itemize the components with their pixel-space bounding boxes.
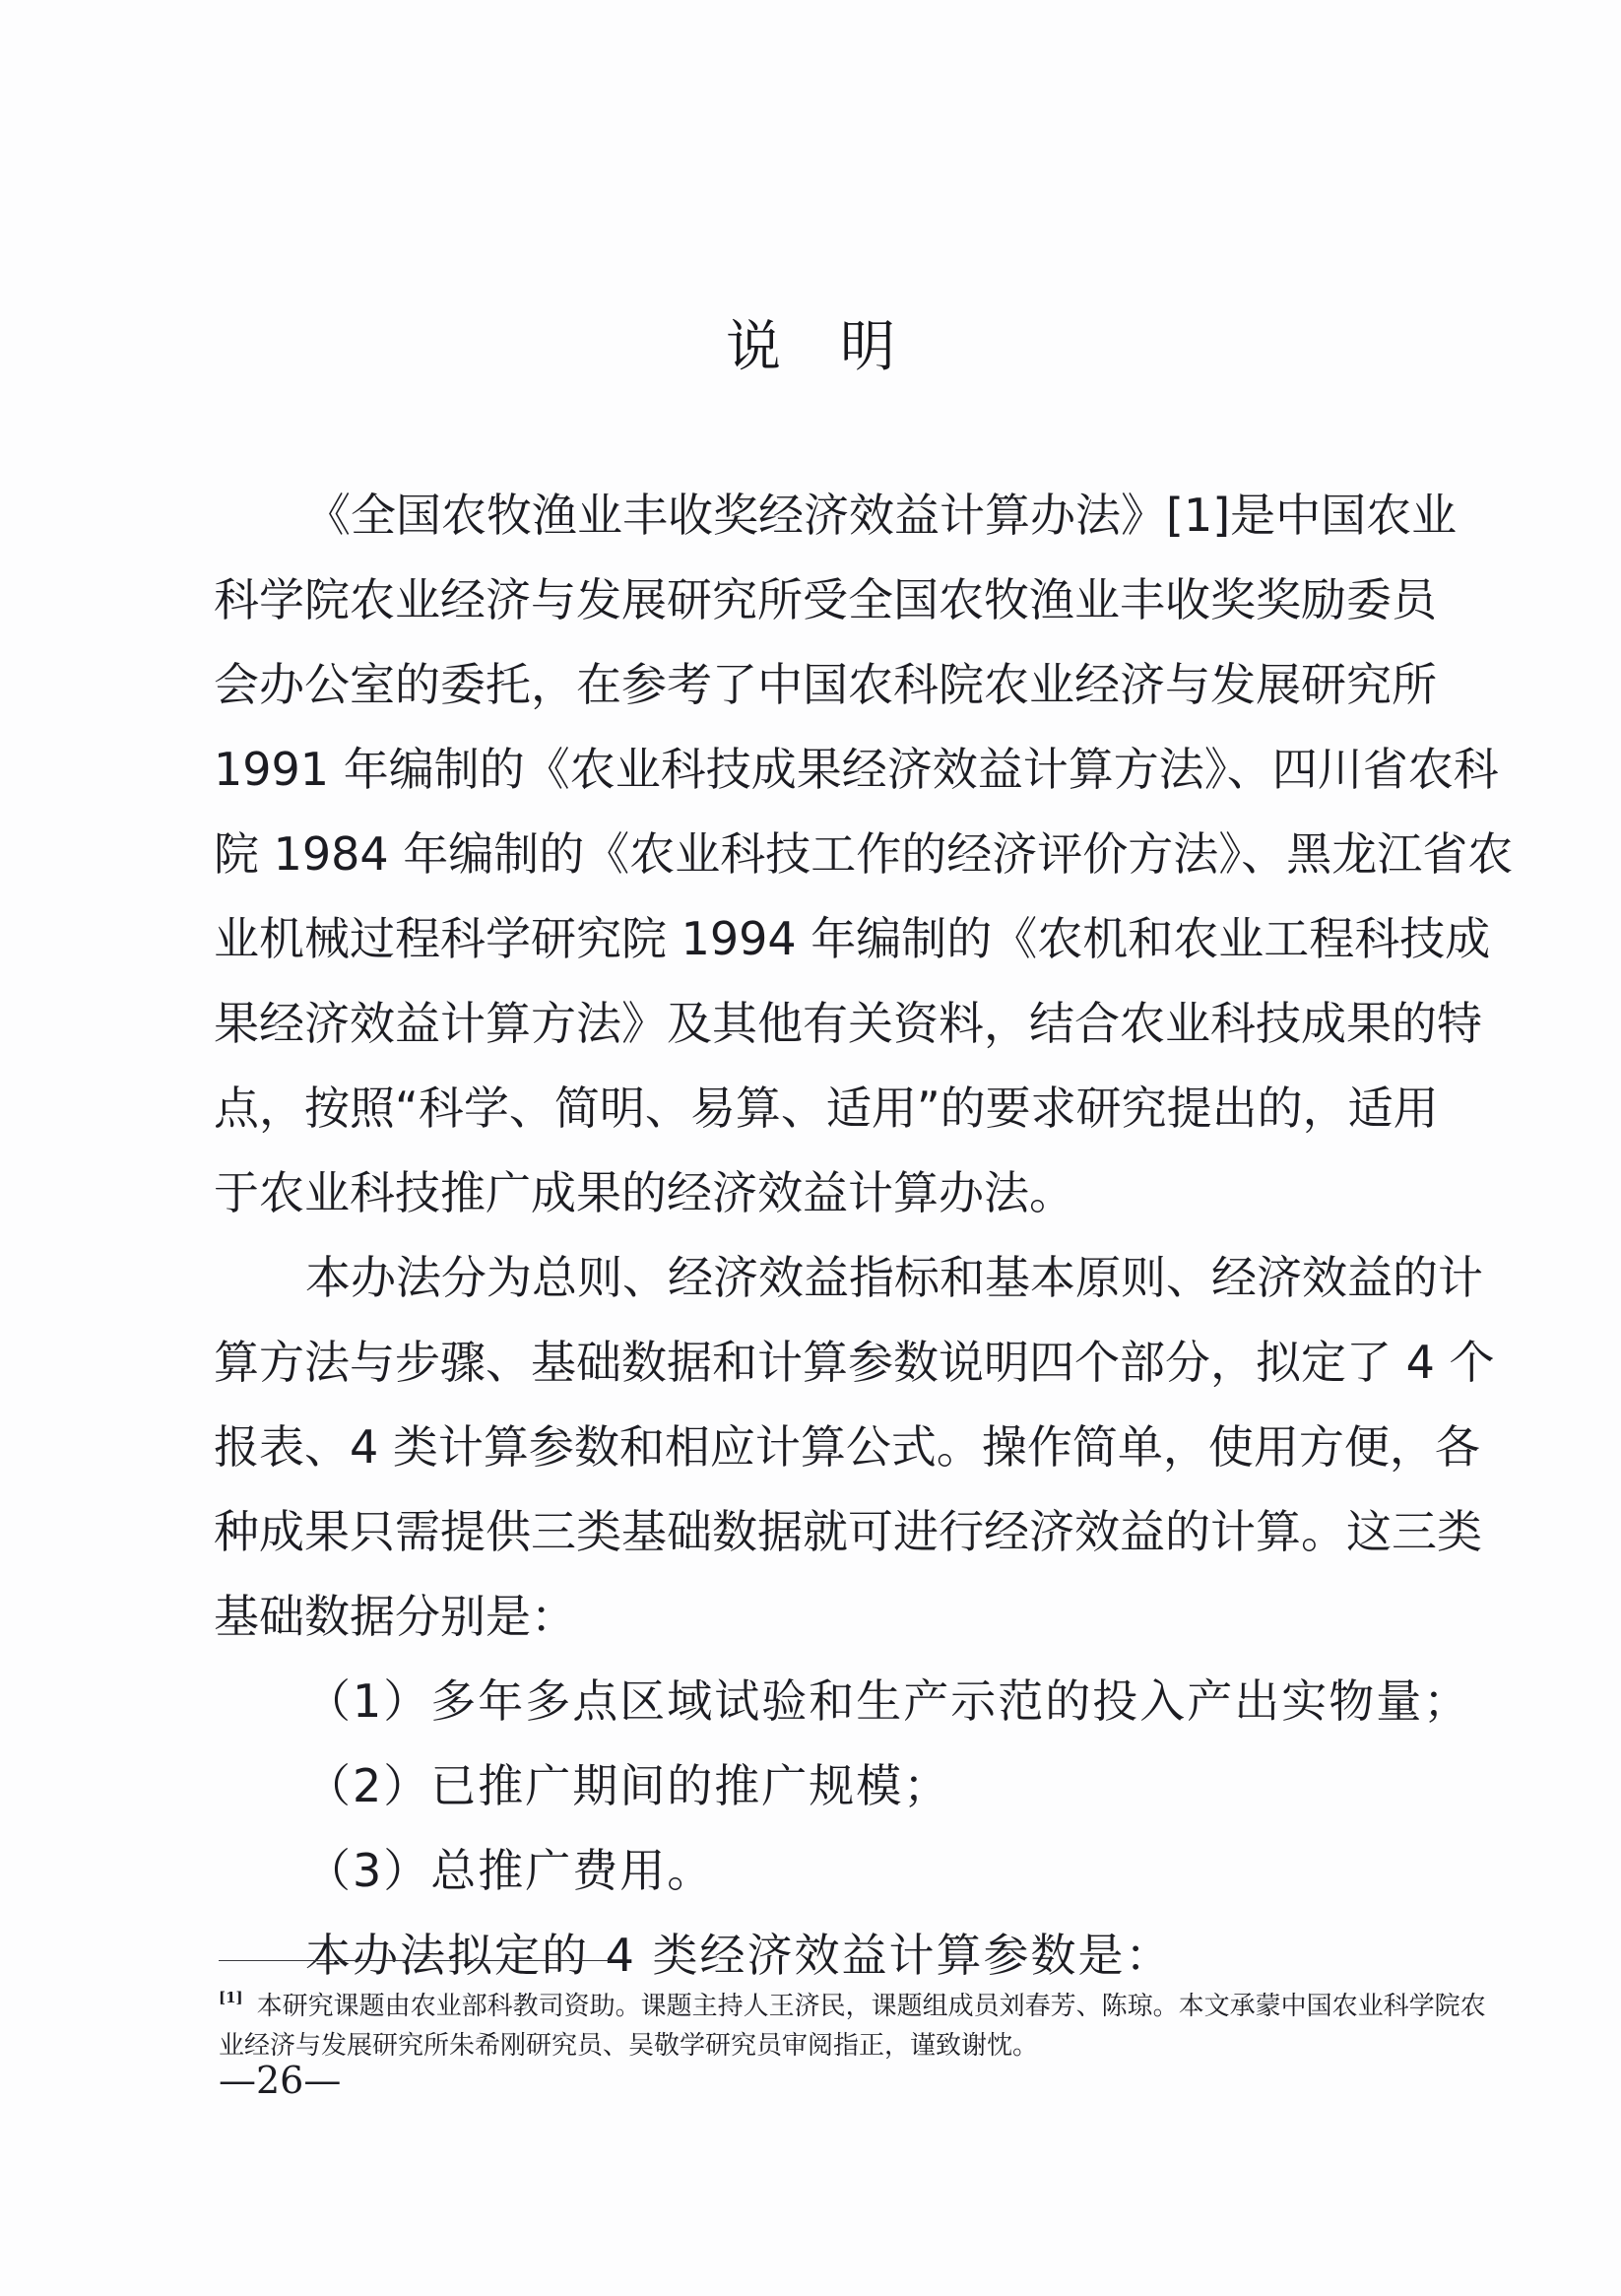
page-title: 说明 xyxy=(0,313,1621,382)
paragraph-1-line: 会办公室的委托，在参考了中国农科院农业经济与发展研究所 xyxy=(214,656,1409,741)
paragraph-1-line: 于农业科技推广成果的经济效益计算办法。 xyxy=(214,1164,1409,1249)
list-item: （1）多年多点区域试验和生产示范的投入产出实物量； xyxy=(214,1673,1409,1757)
paragraph-1-line: 果经济效益计算方法》及其他有关资料，结合农业科技成果的特 xyxy=(214,995,1409,1080)
paragraph-1-line: 业机械过程科学研究院 1994 年编制的《农机和农业工程科技成 xyxy=(214,910,1409,995)
paragraph-1-line: 1991 年编制的《农业科技成果经济效益计算方法》、四川省农科 xyxy=(214,741,1409,825)
paragraph-1-line: 院 1984 年编制的《农业科技工作的经济评价方法》、黑龙江省农 xyxy=(214,825,1409,910)
footnote-divider xyxy=(219,1960,611,1961)
footnote-marker: [1] xyxy=(219,1989,243,2006)
paragraph-1-line: 《全国农牧渔业丰收奖经济效益计算办法》[1]是中国农业 xyxy=(214,487,1409,571)
paragraph-2-line: 报表、4 类计算参数和相应计算公式。操作简单，使用方便，各 xyxy=(214,1418,1409,1503)
list-item: （3）总推广费用。 xyxy=(214,1842,1409,1927)
footnote: [1]本研究课题由农业部科教司资助。课题主持人王济民，课题组成员刘春芳、陈琼。本… xyxy=(219,1978,1414,2066)
paragraph-2-line: 本办法分为总则、经济效益指标和基本原则、经济效益的计 xyxy=(214,1249,1409,1334)
footnote-text: 本研究课题由农业部科教司资助。课题主持人王济民，课题组成员刘春芳、陈琼。本文承蒙… xyxy=(257,1992,1486,2021)
paragraph-2-line: 种成果只需提供三类基础数据就可进行经济效益的计算。这三类 xyxy=(214,1503,1409,1588)
footnote-line: 业经济与发展研究所朱希刚研究员、吴敬学研究员审阅指正，谨致谢忱。 xyxy=(219,2026,1414,2066)
document-page: 说明 《全国农牧渔业丰收奖经济效益计算办法》[1]是中国农业 科学院农业经济与发… xyxy=(0,0,1621,2296)
paragraph-2-line: 基础数据分别是： xyxy=(214,1588,1409,1673)
footnote-line: [1]本研究课题由农业部科教司资助。课题主持人王济民，课题组成员刘春芳、陈琼。本… xyxy=(219,1978,1414,2026)
paragraph-1-line: 科学院农业经济与发展研究所受全国农牧渔业丰收奖奖励委员 xyxy=(214,571,1409,656)
page-number: —26— xyxy=(219,2059,341,2102)
list-item: （2）已推广期间的推广规模； xyxy=(214,1757,1409,1842)
paragraph-1-line: 点，按照“科学、简明、易算、适用”的要求研究提出的，适用 xyxy=(214,1080,1409,1164)
body-text: 《全国农牧渔业丰收奖经济效益计算办法》[1]是中国农业 科学院农业经济与发展研究… xyxy=(214,487,1409,2011)
paragraph-2-line: 算方法与步骤、基础数据和计算参数说明四个部分，拟定了 4 个 xyxy=(214,1334,1409,1418)
